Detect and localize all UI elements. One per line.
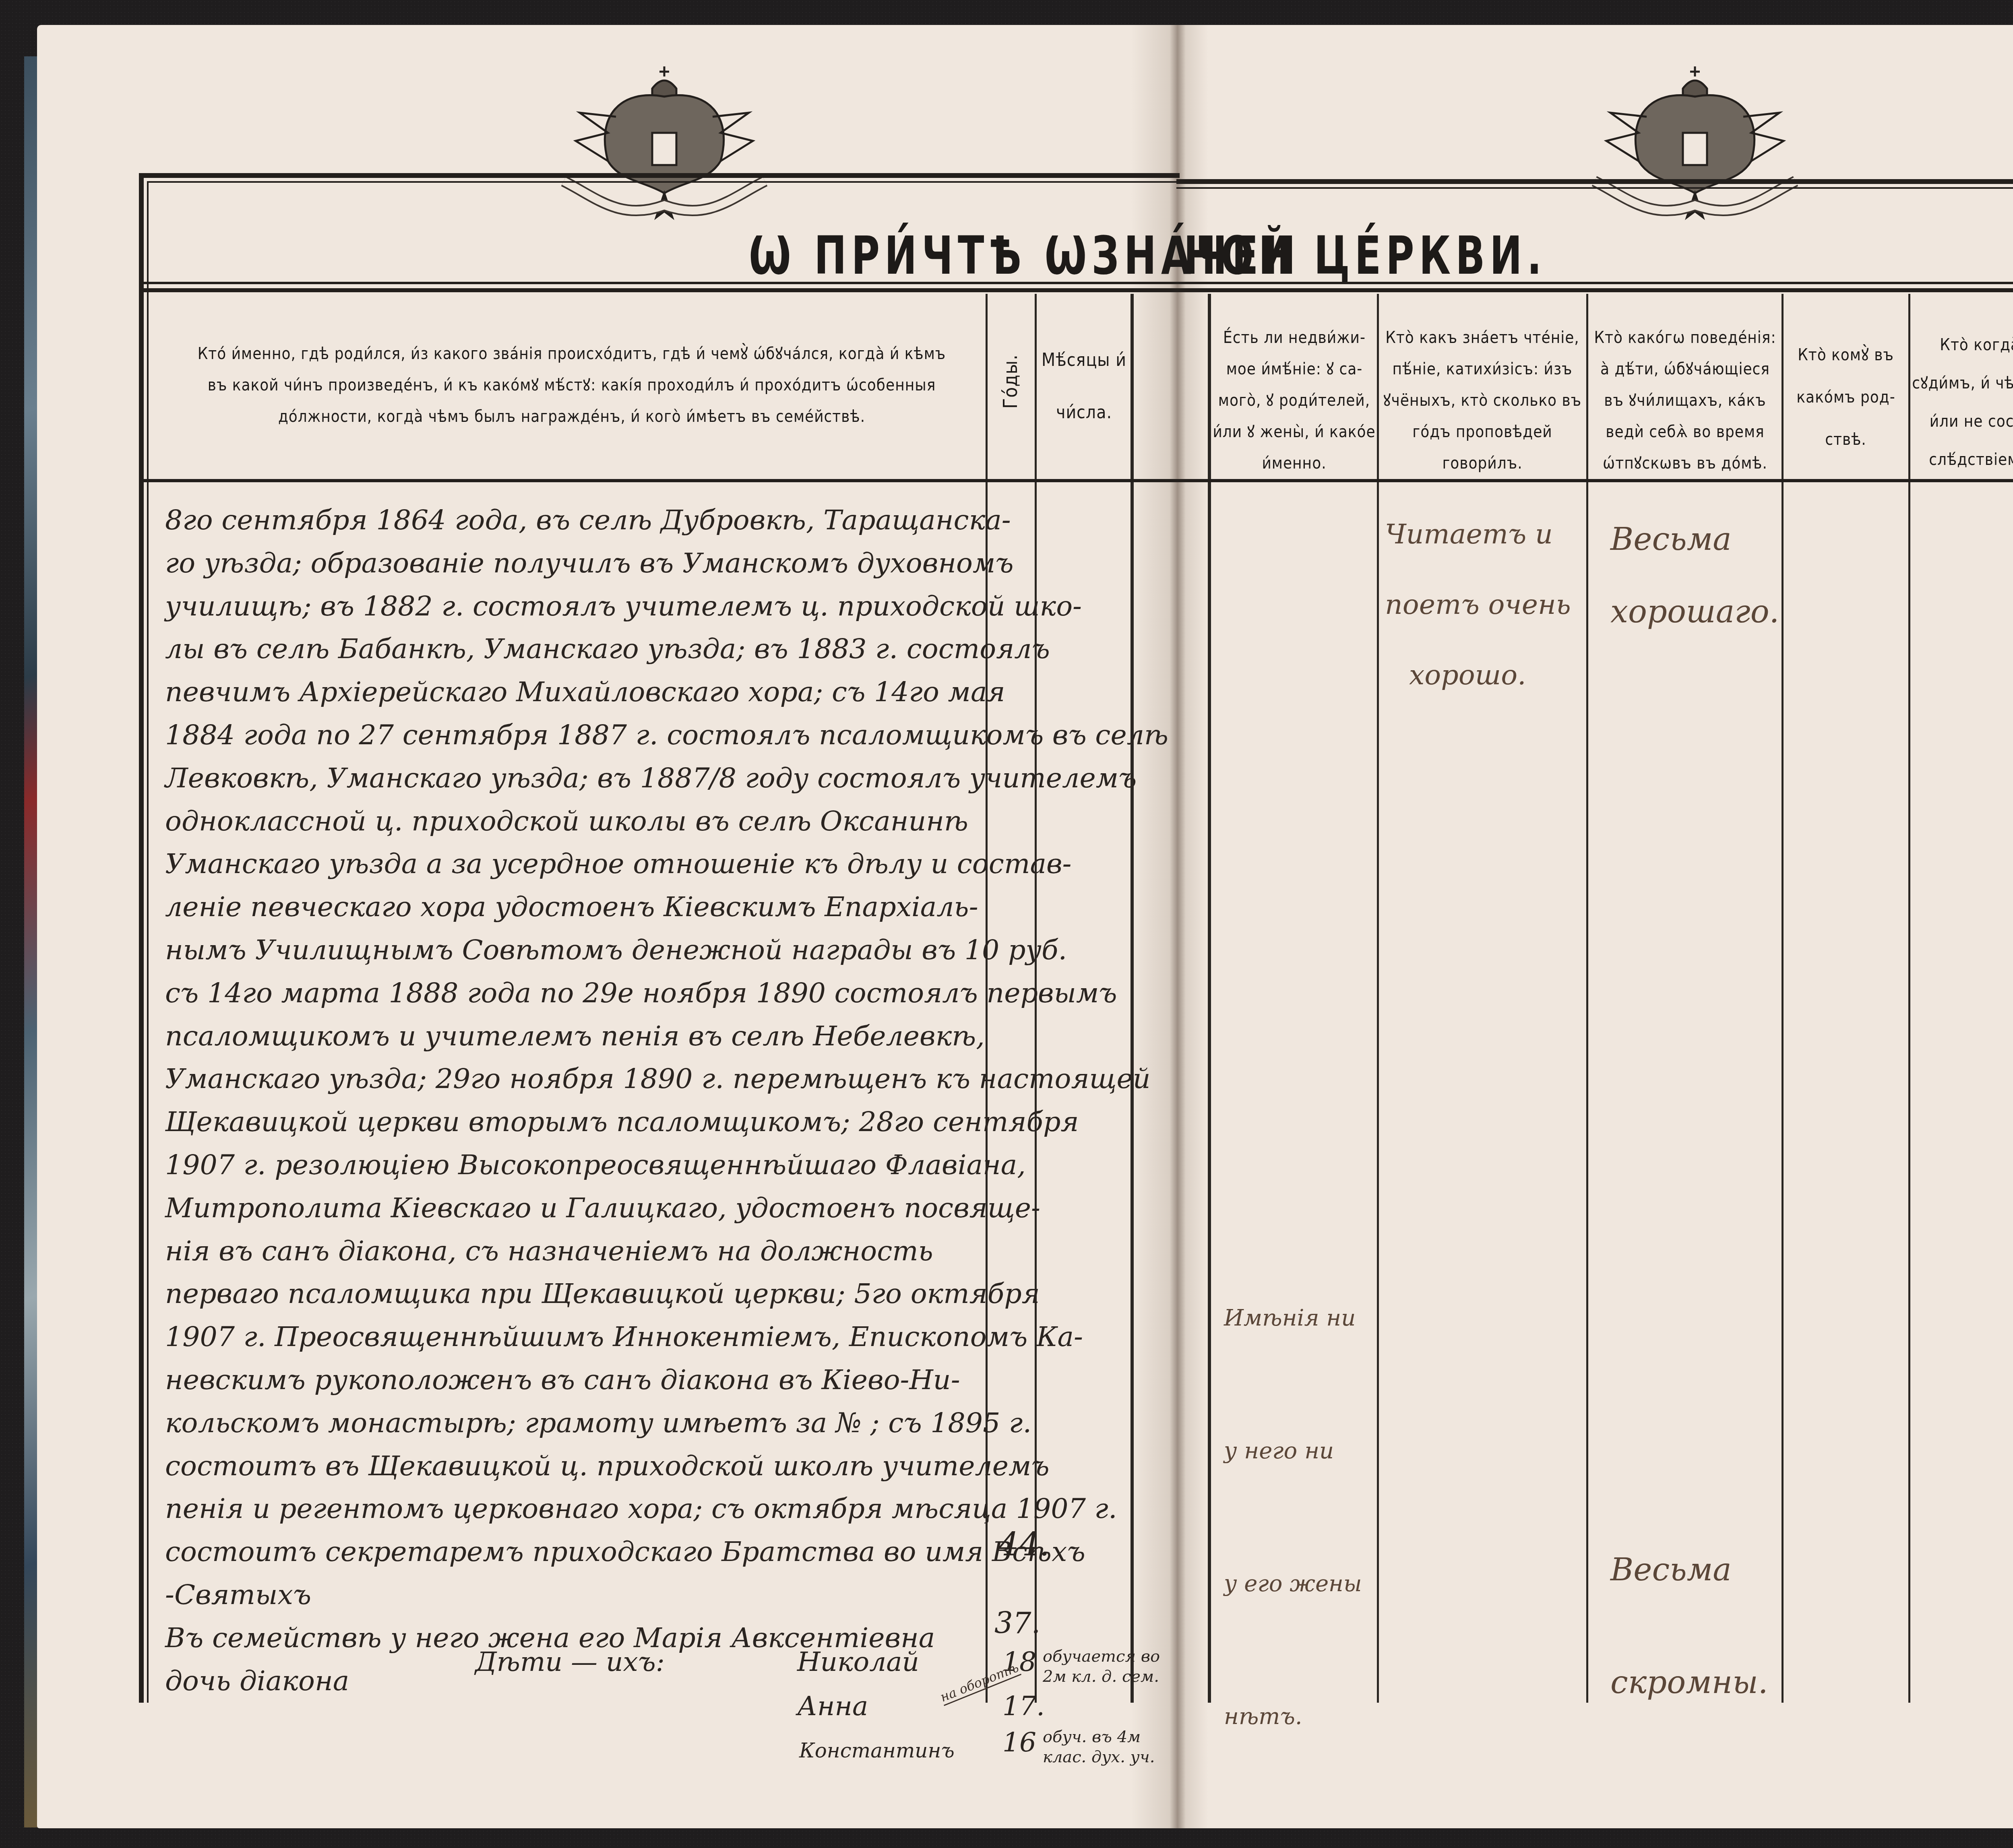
biography-line: леніе певческаго хора удостоенъ Кіевским… bbox=[165, 886, 1168, 929]
biography-line: лы въ селѣ Бабанкѣ, Уманскаго уѣзда; въ … bbox=[165, 628, 1168, 671]
biography-line: кольскомъ монастырѣ; грамоту имѣетъ за №… bbox=[165, 1402, 1168, 1445]
child-note: обучается во 2м кл. д. сем. bbox=[1043, 1646, 1176, 1687]
header-knowledge: Кто̀ какъ зна́етъ чте́­ніе, пѣ́ніе, кати… bbox=[1380, 322, 1585, 479]
behavior-line: Весьма bbox=[1610, 503, 1779, 576]
header-months: Мѣ́сяцы и́ чи́сла. bbox=[1039, 334, 1129, 439]
biography-line: пенія и регентомъ церковнаго хора; съ ок… bbox=[165, 1488, 1168, 1531]
biography-line: нія въ санъ діакона, съ назначеніемъ на … bbox=[165, 1230, 1168, 1273]
knowledge-line: Читаетъ и bbox=[1385, 499, 1571, 570]
estate-line: у него ни bbox=[1224, 1429, 1362, 1473]
biography-line: Уманскаго уѣзда; 29го ноября 1890 г. пер… bbox=[165, 1058, 1168, 1101]
biography-line: псаломщикомъ и учителемъ пенія въ селѣ Н… bbox=[165, 1015, 1168, 1058]
column-divider bbox=[1586, 294, 1588, 1703]
header-years: Го́ды. bbox=[988, 354, 1033, 409]
page-title-right: НОЙ ЦЕ́РКВИ. bbox=[1184, 225, 1546, 286]
biography-line: Митрополита Кіевскаго и Галицкаго, удост… bbox=[165, 1187, 1168, 1230]
biography-line: Уманскаго уѣзда а за усердное отношеніе … bbox=[165, 843, 1168, 886]
column-divider bbox=[1377, 294, 1379, 1703]
biography-line: 1884 года по 27 сентября 1887 г. состоял… bbox=[165, 714, 1168, 757]
header-behavior: Кто̀ како́гѡ поведе́нія: а̀ дѣ́ти, ѡ́бꙋч… bbox=[1589, 322, 1781, 479]
child-name: Николай bbox=[797, 1646, 919, 1677]
estate-line: нѣтъ. bbox=[1224, 1695, 1362, 1739]
estate-line: у его жены bbox=[1224, 1562, 1362, 1606]
biography-line: перваго псаломщика при Щекавицкой церкви… bbox=[165, 1273, 1168, 1316]
biography-line: съ 14го марта 1888 года по 29е ноября 18… bbox=[165, 972, 1168, 1015]
column-divider bbox=[1208, 294, 1211, 1703]
biography-line: одноклассной ц. приходской школы въ селѣ… bbox=[165, 800, 1168, 843]
estate-line: Имѣнія ни bbox=[1224, 1296, 1362, 1340]
behavior-line: скромны. bbox=[1610, 1626, 1768, 1739]
biography-line: 8го сентября 1864 года, въ селѣ Дубровкѣ… bbox=[165, 499, 1168, 542]
title-rule-left bbox=[144, 282, 1180, 292]
biography-line: состоитъ въ Щекавицкой ц. приходской шко… bbox=[165, 1445, 1168, 1488]
knowledge-line: поетъ очень bbox=[1385, 570, 1571, 640]
header-judged: Кто̀ когда̀ за что̀ бы́лъ сꙋди́мъ, и́ чѣ… bbox=[1912, 326, 2013, 479]
header-rule-right bbox=[1176, 479, 2013, 482]
knowledge-value: Читаетъ и поетъ очень хорошо. bbox=[1385, 499, 1571, 710]
biography-line: 1907 г. Преосвященнѣйшимъ Иннокентіемъ, … bbox=[165, 1316, 1168, 1359]
behavior-line: Весьма bbox=[1610, 1514, 1768, 1626]
age-wife: 37. bbox=[994, 1606, 1041, 1640]
child-age: 16 bbox=[1002, 1727, 1036, 1758]
title-rule-right bbox=[1176, 282, 2013, 292]
header-relation: Кто̀ комꙋ̀ въ како́мъ род­ствѣ. bbox=[1784, 334, 1907, 461]
behavior-line: хорошаго. bbox=[1610, 576, 1779, 648]
child-age: 17. bbox=[1002, 1691, 1045, 1722]
column-divider bbox=[1908, 294, 1910, 1703]
biography-line: нымъ Училищнымъ Совѣтомъ денежной наград… bbox=[165, 929, 1168, 972]
child-name: Анна bbox=[797, 1691, 868, 1722]
child-name: Константинъ bbox=[799, 1739, 955, 1762]
biography-line: училищѣ; въ 1882 г. состоялъ учителемъ ц… bbox=[165, 585, 1168, 628]
estate-value: Имѣнія ни у него ни у его жены нѣтъ. bbox=[1224, 1208, 1362, 1783]
biography-text: 8го сентября 1864 года, въ селѣ Дубровкѣ… bbox=[165, 499, 1168, 1703]
behavior-value: Весьма хорошаго. bbox=[1610, 503, 1779, 648]
column-divider bbox=[1782, 294, 1784, 1703]
header-who: Кто́ и́менно, гдѣ роди́лся, и́з какого з… bbox=[189, 338, 954, 432]
biography-line: 1907 г. резолюціею Высокопреосвященнѣйша… bbox=[165, 1144, 1168, 1187]
header-estate: Е́сть ли недви́жи­мое и́мѣ́ніе: ꙋ са­мог… bbox=[1213, 322, 1376, 479]
behavior-value-family: Весьма скромны. bbox=[1610, 1514, 1768, 1739]
child-note: обуч. въ 4м клас. дух. уч. bbox=[1043, 1727, 1176, 1767]
biography-line: го уѣзда; образованіе получилъ въ Уманск… bbox=[165, 542, 1168, 585]
biography-line: певчимъ Архіерейскаго Михайловскаго хора… bbox=[165, 671, 1168, 714]
knowledge-line: хорошо. bbox=[1385, 640, 1571, 710]
header-rule-left bbox=[144, 479, 1176, 482]
biography-line: Щекавицкой церкви вторымъ псаломщикомъ; … bbox=[165, 1101, 1168, 1144]
children-label: Дѣти — ихъ: bbox=[475, 1646, 665, 1677]
biography-line: невскимъ рукоположенъ въ санъ діакона въ… bbox=[165, 1359, 1168, 1402]
age-clergyman: 44. bbox=[998, 1526, 1050, 1563]
biography-line: Левковкѣ, Уманскаго уѣзда; въ 1887/8 год… bbox=[165, 757, 1168, 800]
